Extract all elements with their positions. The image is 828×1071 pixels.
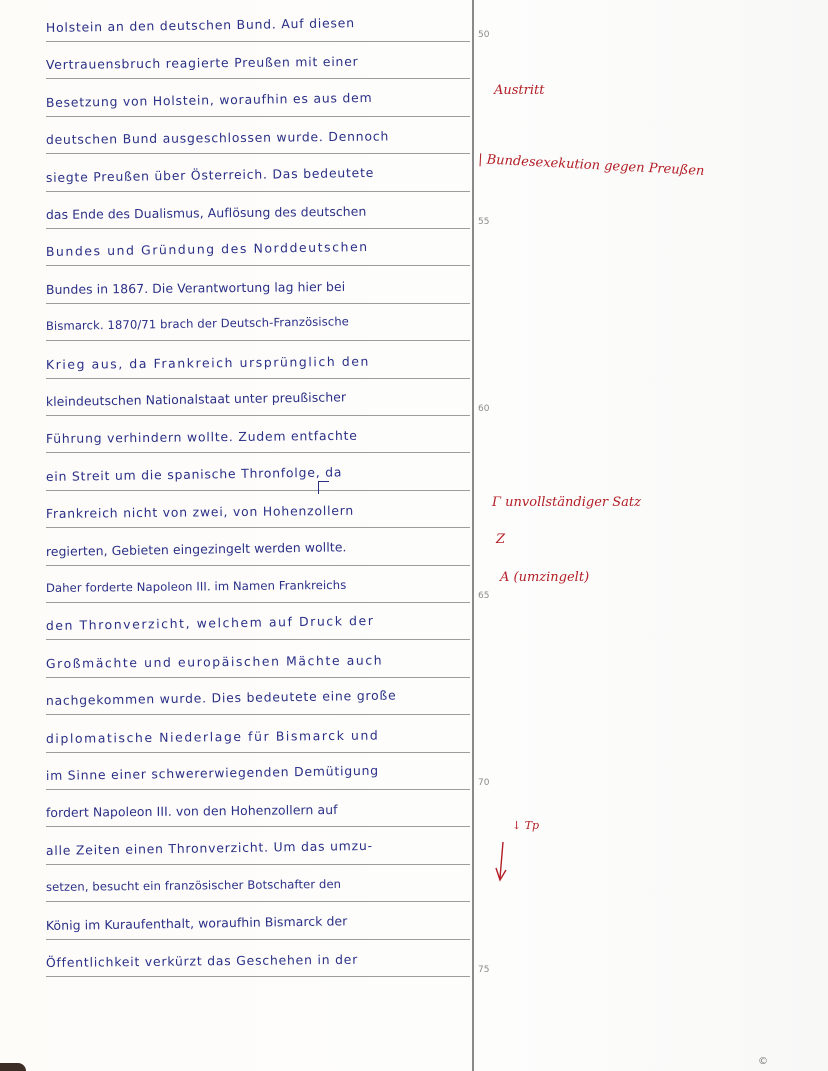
essay-line: das Ende des Dualismus, Auflösung des de… bbox=[46, 202, 476, 222]
correction-note: Γ unvollständiger Satz bbox=[492, 495, 641, 510]
ruled-line bbox=[46, 714, 470, 715]
essay-line: Krieg aus, da Frankreich ursprünglich de… bbox=[46, 352, 476, 372]
ruled-line bbox=[46, 677, 470, 678]
ruled-line bbox=[46, 602, 470, 603]
essay-line: im Sinne einer schwererwiegenden Demütig… bbox=[46, 761, 476, 783]
ruled-line bbox=[46, 490, 470, 491]
correction-note: Z bbox=[496, 532, 505, 547]
essay-line: Bismarck. 1870/71 brach der Deutsch-Fran… bbox=[46, 312, 476, 333]
correction-note: Austritt bbox=[494, 83, 544, 98]
essay-line: König im Kuraufenthalt, woraufhin Bismar… bbox=[46, 911, 476, 933]
essay-line: setzen, besucht ein französischer Botsch… bbox=[46, 876, 476, 895]
line-number: 75 bbox=[478, 965, 489, 975]
essay-line: Öffentlichkeit verkürzt das Geschehen in… bbox=[46, 950, 476, 970]
page-corner-mark: © bbox=[758, 1056, 768, 1067]
scanned-page: Holstein an den deutschen Bund. Auf dies… bbox=[0, 0, 828, 1071]
ruled-line bbox=[46, 378, 470, 379]
ruled-line bbox=[46, 415, 470, 416]
ruled-line bbox=[46, 527, 470, 528]
essay-line: Holstein an den deutschen Bund. Auf dies… bbox=[46, 13, 476, 35]
ruled-line bbox=[46, 303, 470, 304]
correction-note: | Bundesexekution gegen Preußen bbox=[478, 152, 705, 179]
ruled-line bbox=[46, 976, 470, 977]
ruled-line bbox=[46, 752, 470, 753]
essay-line: Führung verhindern wollte. Zudem entfach… bbox=[46, 427, 476, 447]
essay-line: alle Zeiten einen Thronverzicht. Um das … bbox=[46, 836, 476, 858]
essay-line: Bundes in 1867. Die Verantwortung lag hi… bbox=[46, 277, 476, 297]
essay-line: Großmächte und europäischen Mächte auch bbox=[46, 651, 476, 671]
ruled-line bbox=[46, 116, 470, 117]
ruled-line bbox=[46, 789, 470, 790]
ruled-line bbox=[46, 939, 470, 940]
ruled-line bbox=[46, 565, 470, 566]
ruled-line bbox=[46, 901, 470, 902]
insertion-bracket-mark bbox=[318, 481, 329, 494]
essay-line: kleindeutschen Nationalstaat unter preuß… bbox=[46, 387, 476, 409]
ruled-line bbox=[46, 864, 470, 865]
essay-line: siegte Preußen über Österreich. Das bede… bbox=[46, 163, 476, 185]
essay-line: Besetzung von Holstein, woraufhin es aus… bbox=[46, 88, 476, 110]
essay-line: nachgekommen wurde. Dies bedeutete eine … bbox=[46, 686, 476, 708]
ruled-line bbox=[46, 41, 470, 42]
essay-line: Bundes und Gründung des Norddeutschen bbox=[46, 238, 476, 260]
essay-line: diplomatische Niederlage für Bismarck un… bbox=[46, 726, 476, 746]
essay-line: regierten, Gebieten eingezingelt werden … bbox=[46, 537, 476, 559]
essay-line: Vertrauensbruch reagierte Preußen mit ei… bbox=[46, 53, 476, 73]
essay-line: fordert Napoleon III. von den Hohenzolle… bbox=[46, 801, 476, 821]
ruled-line bbox=[46, 340, 470, 341]
essay-line: den Thronverzicht, welchem auf Druck der bbox=[46, 612, 476, 634]
scan-edge-shadow bbox=[0, 1063, 26, 1071]
ruled-line bbox=[46, 78, 470, 79]
ruled-line bbox=[46, 639, 470, 640]
line-number: 55 bbox=[478, 217, 489, 227]
ruled-line bbox=[46, 826, 470, 827]
down-arrow-icon bbox=[493, 838, 513, 888]
essay-line: Frankreich nicht von zwei, von Hohenzoll… bbox=[46, 502, 476, 522]
correction-note: A (umzingelt) bbox=[500, 570, 589, 585]
line-number: 60 bbox=[478, 404, 489, 414]
essay-line: ein Streit um die spanische Thronfolge, … bbox=[46, 462, 476, 484]
line-number: 50 bbox=[478, 30, 489, 40]
essay-line: Daher forderte Napoleon III. im Namen Fr… bbox=[46, 576, 476, 595]
correction-note: ↓ Tp bbox=[512, 819, 539, 832]
line-number: 65 bbox=[478, 591, 489, 601]
ruled-line bbox=[46, 191, 470, 192]
ruled-line bbox=[46, 228, 470, 229]
ruled-line bbox=[46, 265, 470, 266]
essay-line: deutschen Bund ausgeschlossen wurde. Den… bbox=[46, 128, 476, 148]
ruled-line bbox=[46, 452, 470, 453]
line-number: 70 bbox=[478, 778, 489, 788]
ruled-line bbox=[46, 153, 470, 154]
